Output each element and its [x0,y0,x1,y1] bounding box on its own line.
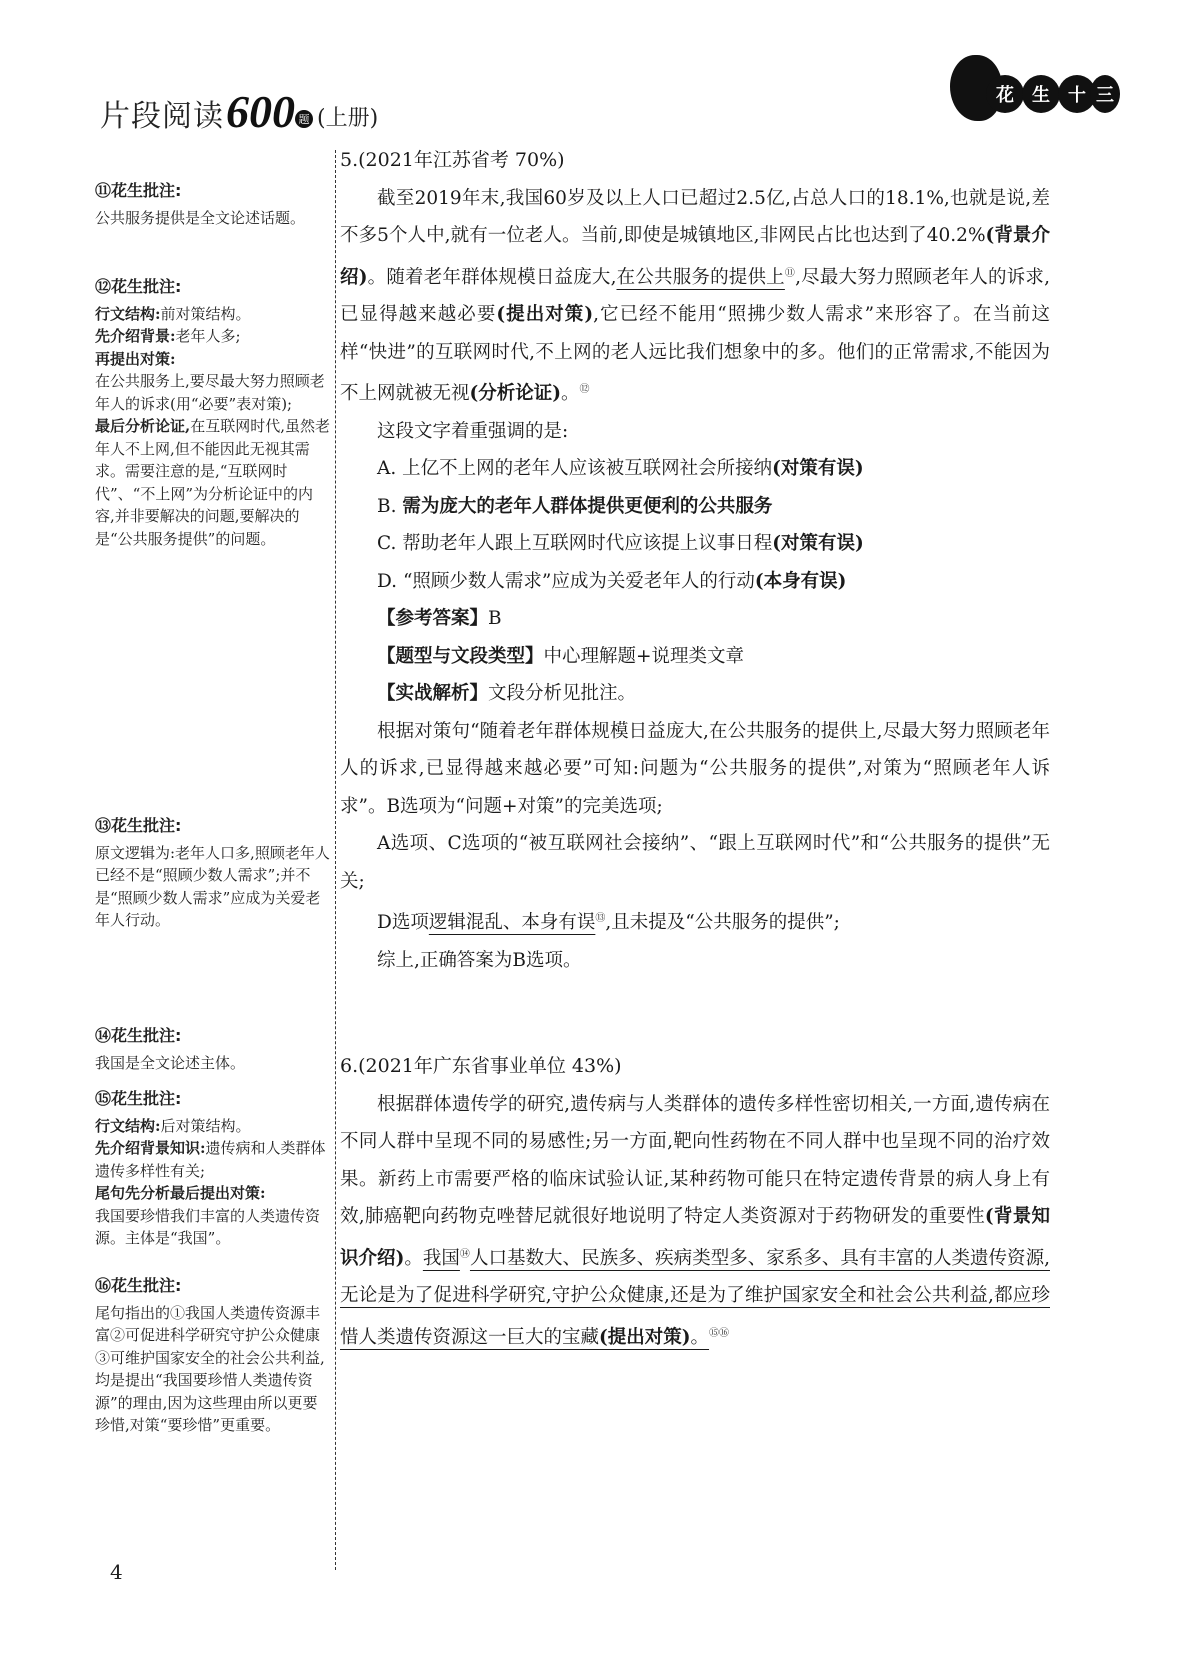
page-number: 4 [110,1560,123,1584]
note-line: 先介绍背景知识:遗传病和人类群体遗传多样性有关; [95,1137,330,1182]
option-a: A. 上亿不上网的老年人应该被互联网社会所接纳(对策有误) [340,450,1050,488]
conclusion: 综上,正确答案为B选项。 [340,942,1050,980]
explanation: D选项逻辑混乱、本身有误⑬,且未提及“公共服务的提供”; [340,900,1050,942]
option-b: B. 需为庞大的老年人群体提供更便利的公共服务 [340,488,1050,526]
note-11: ⑪花生批注: 公共服务提供是全文论述话题。 [95,180,330,229]
note-line: 行文结构:前对策结构。 [95,303,330,326]
note-body: 尾句指出的①我国人类遗传资源丰富②可促进科学研究守护公众健康③可维护国家安全的社… [95,1302,330,1437]
note-title: ⑪花生批注: [95,180,330,203]
option-d: D. “照顾少数人需求”应成为关爱老年人的行动(本身有误) [340,563,1050,601]
book-number: 600 [226,91,295,132]
book-number-badge: 题 [295,110,313,128]
note-title: ⑫花生批注: [95,276,330,299]
note-title: ⑯花生批注: [95,1275,330,1298]
note-line: 最后分析论证,在互联网时代,虽然老年人不上网,但不能因此无视其需求。需要注意的是… [95,415,330,550]
note-line: 再提出对策: [95,348,330,371]
note-line: 行文结构:后对策结构。 [95,1115,330,1138]
note-title: ⑮花生批注: [95,1088,330,1111]
question-passage: 截至2019年末,我国60岁及以上人口已超过2.5亿,占总人口的18.1%,也就… [340,180,1050,413]
note-16: ⑯花生批注: 尾句指出的①我国人类遗传资源丰富②可促进科学研究守护公众健康③可维… [95,1275,330,1437]
note-15: ⑮花生批注: 行文结构:后对策结构。 先介绍背景知识:遗传病和人类群体遗传多样性… [95,1088,330,1250]
book-volume: (上册) [317,101,378,132]
question-type: 【题型与文段类型】中心理解题+说理类文章 [340,638,1050,676]
note-line: 我国要珍惜我们丰富的人类遗传资源。主体是“我国”。 [95,1205,330,1250]
note-13: ⑬花生批注: 原文逻辑为:老年人口多,照顾老年人已经不是“照顾少数人需求”;并不… [95,815,330,932]
option-c: C. 帮助老年人跟上互联网时代应该提上议事日程(对策有误) [340,525,1050,563]
note-line: 尾句先分析最后提出对策: [95,1182,330,1205]
note-line: 在公共服务上,要尽最大努力照顾老年人的诉求(用“必要”表对策); [95,370,330,415]
note-14: ⑭花生批注: 我国是全文论述主体。 [95,1025,330,1074]
note-12: ⑫花生批注: 行文结构:前对策结构。 先介绍背景:老年人多; 再提出对策: 在公… [95,276,330,550]
question-heading: 5.(2021年江苏省考 70%) [340,142,1050,180]
question-6: 6.(2021年广东省事业单位 43%) 根据群体遗传学的研究,遗传病与人类群体… [340,1048,1050,1356]
reference-answer: 【参考答案】B [340,600,1050,638]
analysis-heading: 【实战解析】文段分析见批注。 [340,675,1050,713]
explanation: A选项、C选项的“被互联网社会接纳”、“跟上互联网时代”和“公共服务的提供”无关… [340,825,1050,900]
peanut-logo: 花 生 十 三 [950,55,1110,135]
book-title: 片段阅读 [100,102,224,132]
note-line: 先介绍背景:老年人多; [95,325,330,348]
explanation: 根据对策句“随着老年群体规模日益庞大,在公共服务的提供上,尽最大努力照顾老年人的… [340,713,1050,826]
logo-char: 花 [986,75,1024,113]
logo-char: 生 [1022,75,1060,113]
question-heading: 6.(2021年广东省事业单位 43%) [340,1048,1050,1086]
question-5: 5.(2021年江苏省考 70%) 截至2019年末,我国60岁及以上人口已超过… [340,142,1050,979]
logo-char: 三 [1090,75,1120,113]
note-title: ⑭花生批注: [95,1025,330,1048]
page-header: 片段阅读 600 题 (上册) [100,72,378,132]
note-body: 我国是全文论述主体。 [95,1052,330,1075]
note-title: ⑬花生批注: [95,815,330,838]
question-stem: 这段文字着重强调的是: [340,413,1050,451]
column-divider [335,150,337,1570]
question-passage: 根据群体遗传学的研究,遗传病与人类群体的遗传多样性密切相关,一方面,遗传病在不同… [340,1086,1050,1357]
note-body: 原文逻辑为:老年人口多,照顾老年人已经不是“照顾少数人需求”;并不是“照顾少数人… [95,842,330,932]
note-body: 公共服务提供是全文论述话题。 [95,207,330,230]
